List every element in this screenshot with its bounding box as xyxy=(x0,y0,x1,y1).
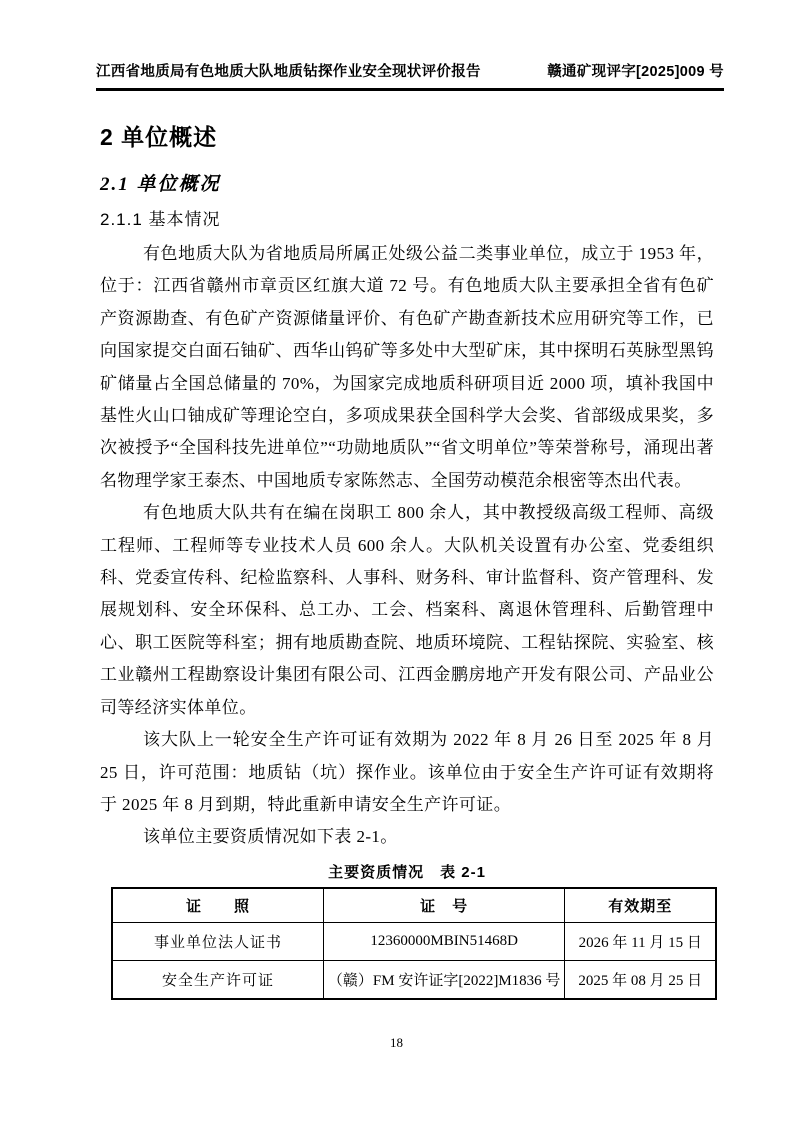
table-cell-license-name: 安全生产许可证 xyxy=(112,961,323,999)
paragraph-unit-overview: 有色地质大队为省地质局所属正处级公益二类事业单位，成立于 1953 年，位于：江… xyxy=(100,238,714,497)
qualifications-table: 证 照 证 号 有效期至 事业单位法人证书 12360000MBIN51468D… xyxy=(111,887,717,1000)
table-cell-license-name: 事业单位法人证书 xyxy=(112,923,323,961)
subsubsection-heading: 2.1.1 基本情况 xyxy=(100,208,714,232)
page-header: 江西省地质局有色地质大队地质钻探作业安全现状评价报告 赣通矿现评字[2025]0… xyxy=(96,60,724,91)
subsection-heading: 2.1 单位概况 xyxy=(100,172,714,198)
table-cell-license-number: （赣）FM 安许证字[2022]M1836 号 xyxy=(323,961,565,999)
document-page: 江西省地质局有色地质大队地质钻探作业安全现状评价报告 赣通矿现评字[2025]0… xyxy=(0,0,793,1122)
table-caption: 主要资质情况 表 2-1 xyxy=(100,861,714,882)
table-cell-expiry-date: 2026 年 11 月 15 日 xyxy=(565,923,716,961)
table-header-expiry: 有效期至 xyxy=(565,888,716,923)
table-header-license: 证 照 xyxy=(112,888,323,923)
header-report-title: 江西省地质局有色地质大队地质钻探作业安全现状评价报告 xyxy=(96,60,481,81)
table-cell-license-number: 12360000MBIN51468D xyxy=(323,923,565,961)
paragraph-staff-structure: 有色地质大队共有在编在岗职工 800 余人，其中教授级高级工程师、高级工程师、工… xyxy=(100,497,714,724)
header-document-number: 赣通矿现评字[2025]009 号 xyxy=(547,60,724,81)
table-header-row: 证 照 证 号 有效期至 xyxy=(112,888,716,923)
document-body: 2 单位概述 2.1 单位概况 2.1.1 基本情况 有色地质大队为省地质局所属… xyxy=(100,122,714,1000)
page-number: 18 xyxy=(0,1035,793,1051)
paragraph-license-validity: 该大队上一轮安全生产许可证有效期为 2022 年 8 月 26 日至 2025 … xyxy=(100,724,714,821)
table-row: 安全生产许可证 （赣）FM 安许证字[2022]M1836 号 2025 年 0… xyxy=(112,961,716,999)
table-row: 事业单位法人证书 12360000MBIN51468D 2026 年 11 月 … xyxy=(112,923,716,961)
table-header-number: 证 号 xyxy=(323,888,565,923)
table-cell-expiry-date: 2025 年 08 月 25 日 xyxy=(565,961,716,999)
paragraph-table-intro: 该单位主要资质情况如下表 2-1。 xyxy=(100,821,714,853)
section-heading: 2 单位概述 xyxy=(100,122,714,152)
